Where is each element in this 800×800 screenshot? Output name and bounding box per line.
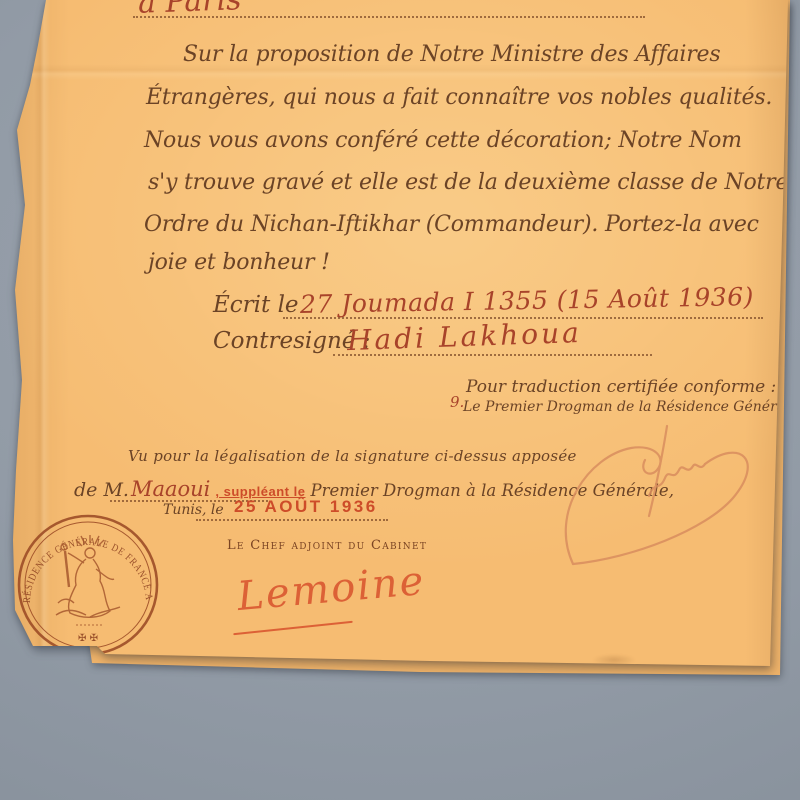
chef-cabinet-stamp: Le Chef adjoint du Cabinet — [227, 538, 427, 553]
tunis-underline — [196, 519, 388, 521]
seal-ring-text: RÉSIDENCE GÉNÉRALE DE FRANCE A TUNIS — [4, 497, 154, 603]
document-page: à Paris Sur la proposition de Notre Mini… — [0, 0, 800, 800]
contresigne-value: Hadi Lakhoua — [346, 316, 582, 357]
contresigne-underline — [333, 354, 652, 356]
body-line: Étrangères, qui nous a fait connaître vo… — [146, 85, 772, 110]
body-line: s'y trouve gravé et elle est de la deuxi… — [148, 170, 788, 195]
body-line: Nous vous avons conféré cette décoration… — [144, 128, 742, 153]
residence-generale-seal: RÉSIDENCE GÉNÉRALE DE FRANCE A TUNIS ✠ ✠ — [8, 505, 170, 667]
top-dotted-line — [133, 16, 645, 18]
ecrit-value: 27 Joumada I 1355 (15 Août 1936) — [300, 282, 754, 319]
date-stamp: 25 AOÛT 1936 — [234, 497, 378, 517]
body-line: Ordre du Nichan-Iftikhar (Commandeur). P… — [144, 212, 759, 237]
document-shadow: à Paris Sur la proposition de Notre Mini… — [0, 0, 800, 800]
name-maaoui: Maaoui — [131, 477, 210, 501]
svg-text:RÉSIDENCE GÉNÉRALE DE FRANCE A: RÉSIDENCE GÉNÉRALE DE FRANCE A TUNIS — [4, 497, 154, 603]
photo-background: à Paris Sur la proposition de Notre Mini… — [0, 0, 800, 800]
body-line: joie et bonheur ! — [148, 250, 330, 275]
paper-stain — [592, 654, 636, 666]
de-m-prefix: de M. — [74, 479, 129, 501]
drogman-flourish-signature — [555, 412, 795, 582]
body-line: Sur la proposition de Notre Ministre des… — [183, 42, 720, 67]
traduction-line: Pour traduction certifiée conforme : — [466, 377, 776, 397]
seal-bottom-marks: ✠ ✠ — [78, 633, 98, 644]
tunis-label: Tunis, le — [163, 502, 224, 518]
lemoine-underline — [233, 621, 353, 636]
ecrit-label: Écrit le — [213, 292, 299, 318]
lemoine-signature: Lemoine — [235, 558, 427, 620]
legalisation-line: Vu pour la légalisation de la signature … — [128, 447, 577, 465]
